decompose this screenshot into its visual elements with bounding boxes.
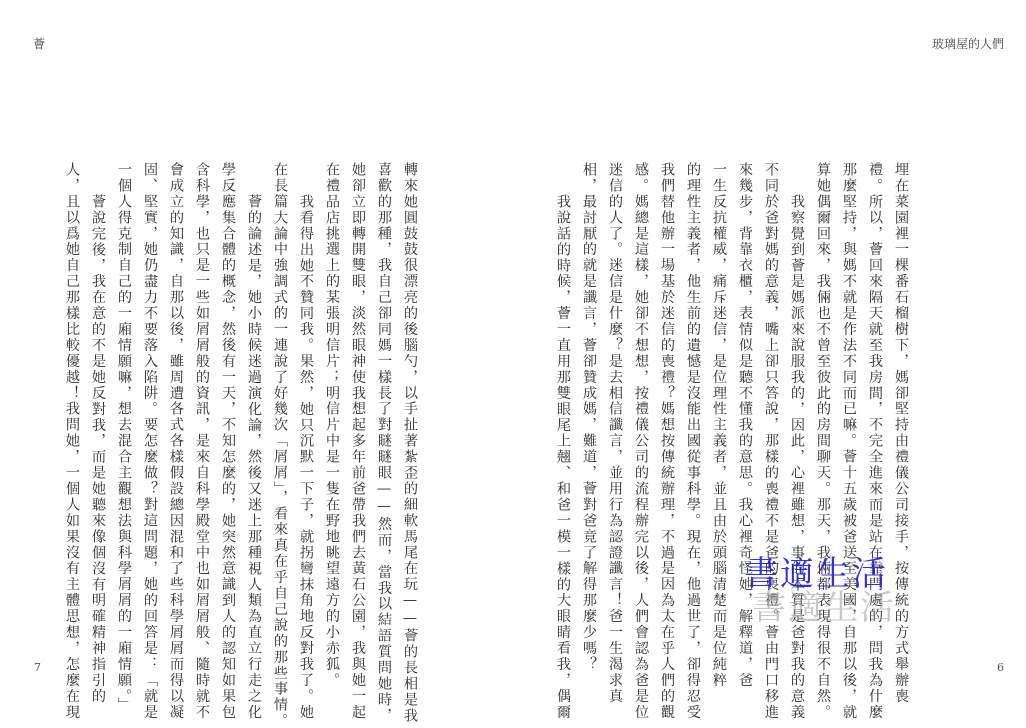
text-column: 感。媽總是這樣，她卻不想想，按禮儀公司的流程辦完以後，人們會認為爸是位 [633, 162, 649, 720]
text-column: 人，且以爲她自己那樣比較優越！我問她，一個人如果沒有主體思想，怎麼在現 [64, 162, 80, 720]
text-column: 的理性主義者，他生前的遺憾是沒能出國從事科學。現在，他過世了，卻得忍受 [685, 162, 701, 720]
text-column: 我看得出她不贊同我。果然，她只沉默一下子，就拐彎抹角地反對我了。她 [298, 194, 314, 720]
text-column: 一生反抗權威，痛斥迷信，是位理性主義者，並且由於頭腦清楚而是位純粹 [711, 162, 727, 688]
text-column: 我察覺到薈是媽派來說服我的，因此，心裡雖想，事的本質是爸對我的意義 [789, 194, 805, 720]
text-column: 算她偶爾回來，我倆也不曾至彼此的房間聊天。那天，我倆都表現得很不自然。 [815, 162, 831, 720]
text-column: 會成立的知識，自那以後，雖周遭各式各樣假設總因混和了些科學屑屑而得以凝 [168, 162, 184, 720]
text-column: 那麼堅持，與媽不就是作法不同而已嘛。薈十五歲被爸送至美國，自那以後，就 [841, 162, 857, 720]
text-column: 薈說完後，我在意的不是她反對我，而是她聽來像個沒有明確精神指引的 [90, 194, 106, 704]
text-column: 她卻立即轉開雙眼，淡然眼神使我想起多年前爸帶我們去黃石公園，我與她一起 [350, 162, 366, 720]
text-column: 學反應集合體的概念，然後有一天，不知怎麼的，她突然意識到人的認知如果包 [220, 162, 236, 720]
text-column: 迷信的人了。迷信是什麼？是去相信讖言，並用行為認證讖言！爸一生渴求真 [607, 162, 623, 704]
text-column: 薈的論述是，她小時候迷過演化論，然後又迷上那種視人類為直立行走之化 [246, 194, 262, 720]
watermark-logo: 書適生活 [744, 546, 888, 595]
running-header-right: 玻璃屋的人們 [932, 35, 1004, 52]
text-column: 在長篇大論中強調式的一連說了好幾次「屑屑」，看來真在乎自己說的那些事情。 [272, 162, 288, 728]
text-column: 含科學，也只是一些如屑屑般的資訊，是來自科學殿堂中也如屑屑般、隨時就不 [194, 162, 210, 720]
text-column: 在禮品店挑選上的某張明信片；明信片中是一隻在野地眺望遠方的小赤狐。 [324, 162, 340, 688]
text-column: 我說話的時候，薈一直用那雙眼尾上翹、和爸一模一樣的大眼睛看我，偶爾 [555, 194, 571, 720]
page-number-left: 7 [34, 661, 41, 674]
text-column: 不同於爸對媽的意義，嘴上卻只答說，那樣的喪禮不是爸的喪禮。薈由門口移進 [763, 162, 779, 720]
text-column: 我們替他辦一場基於迷信的喪禮？媽想按傳統辦理，不過是因為太在乎人們的觀 [659, 162, 675, 720]
text-column: 喜歡的那種，我自己卻同媽一樣長了對瞇瞇眼——然而，當我以結語質問她時， [376, 162, 392, 724]
text-column: 轉來她圓鼓鼓很漂亮的後腦勺，以手扯著紮歪的細軟馬尾在玩——薈的長相是我 [402, 162, 418, 724]
text-column: 禮。所以，薈回來隔天就至我房間，不完全進來而是站在靠門處的，問我為什麼 [867, 162, 883, 720]
text-column: 相，最討厭的就是讖言，薈卻贊成媽，難道，薈對爸竟了解得那麼少嗎？ [581, 162, 597, 672]
text-column: 固、堅實，她仍盡力不要落入陷阱。要怎麼做？對這問題，她的回答是：「就是 [142, 162, 158, 720]
left-page: 薈 轉來她圓鼓鼓很漂亮的後腦勺，以手扯著紮歪的細軟馬尾在玩——薈的長相是我喜歡的… [0, 0, 513, 728]
page-number-right: 6 [997, 661, 1004, 674]
running-header-left: 薈 [33, 35, 45, 52]
text-column: 來幾步，背靠衣櫃，表情似是聽不懂我的意思。我心裡奇怪她，解釋道，爸 [737, 162, 753, 688]
text-column: 一個人得克制自己的一廂情願嘛，想去混合主觀想法與科學屑屑的一廂情願。」 [116, 162, 132, 713]
